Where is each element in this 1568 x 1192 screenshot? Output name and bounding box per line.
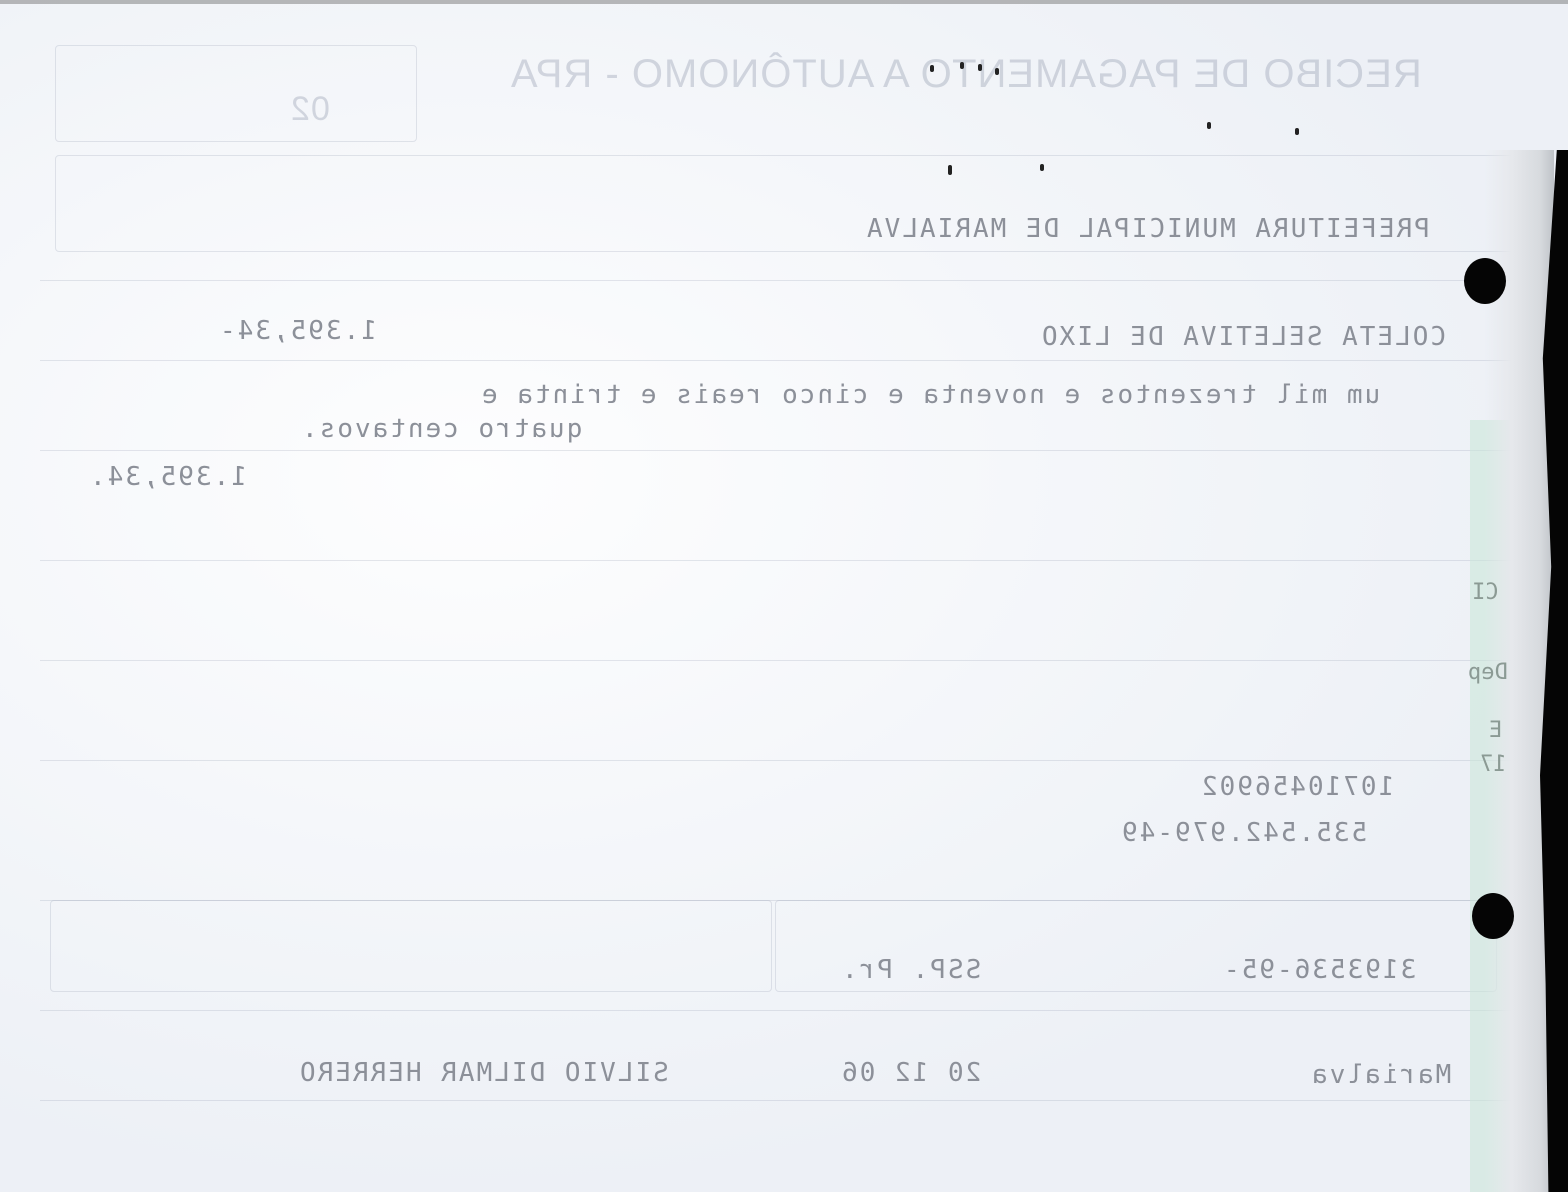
dust-speck [960, 62, 964, 69]
dust-speck [948, 165, 952, 175]
bleed-through-number: 02 [290, 90, 330, 129]
dust-speck [1207, 122, 1211, 129]
rg-number-value: 3193536-9 [1257, 955, 1416, 985]
bleed-through-line [40, 560, 1520, 561]
rg-number-prefix: 5- [1222, 955, 1257, 985]
rg-issuer: SSP. Pr. [840, 955, 981, 985]
bleed-through-signature-box [50, 900, 772, 992]
dust-speck [1040, 164, 1044, 171]
service-description: COLETA SELETIVA DE LIXO [1040, 322, 1446, 352]
registration-number: 10710456902 [1200, 772, 1394, 802]
net-amount: 1.395,34. [88, 462, 247, 492]
scan-top-border [0, 0, 1568, 4]
bleed-through-number-box [55, 45, 417, 142]
bleed-through-line [40, 450, 1520, 451]
scanned-receipt-page: RECIBO DE PAGAMENTO A AUTÔNOMO - RPA 02 … [0, 0, 1568, 1192]
gross-amount: 1.395,34- [218, 316, 377, 346]
payee-name: SILVIO DILMAR HERRERO [298, 1058, 669, 1088]
stub-fragment: Dep [1468, 660, 1508, 685]
dust-speck [978, 64, 982, 71]
dust-speck [995, 68, 999, 75]
stub-fragment: E [1489, 718, 1502, 743]
city-name: Marialva [1310, 1060, 1451, 1090]
bleed-through-line [40, 760, 1520, 761]
bleed-through-line [40, 280, 1520, 281]
stub-fragment: 17 [1480, 752, 1507, 777]
signature-date: 20 12 06 [840, 1058, 981, 1088]
rg-number: 3193536-95- [1222, 955, 1416, 985]
dust-speck [930, 65, 934, 72]
punch-hole [1464, 258, 1506, 304]
stub-fragment: CI [1472, 580, 1499, 605]
bleed-through-line [40, 660, 1520, 661]
amount-in-words-line-2: quatro centavos. [300, 414, 582, 444]
bleed-through-line [40, 360, 1520, 361]
payer-name: PREFEITURA MUNICIPAL DE MARIALVA [865, 214, 1430, 244]
punch-hole [1472, 893, 1514, 939]
dust-speck [1295, 128, 1299, 135]
bleed-through-line [40, 1010, 1520, 1011]
cpf-number: 535.542.979-49 [1120, 818, 1367, 848]
amount-in-words-line-1: um mil trezentos e noventa e cinco reais… [480, 380, 1380, 410]
bleed-through-title: RECIBO DE PAGAMENTO A AUTÔNOMO - RPA [510, 52, 1422, 97]
bleed-through-line [40, 1100, 1520, 1101]
